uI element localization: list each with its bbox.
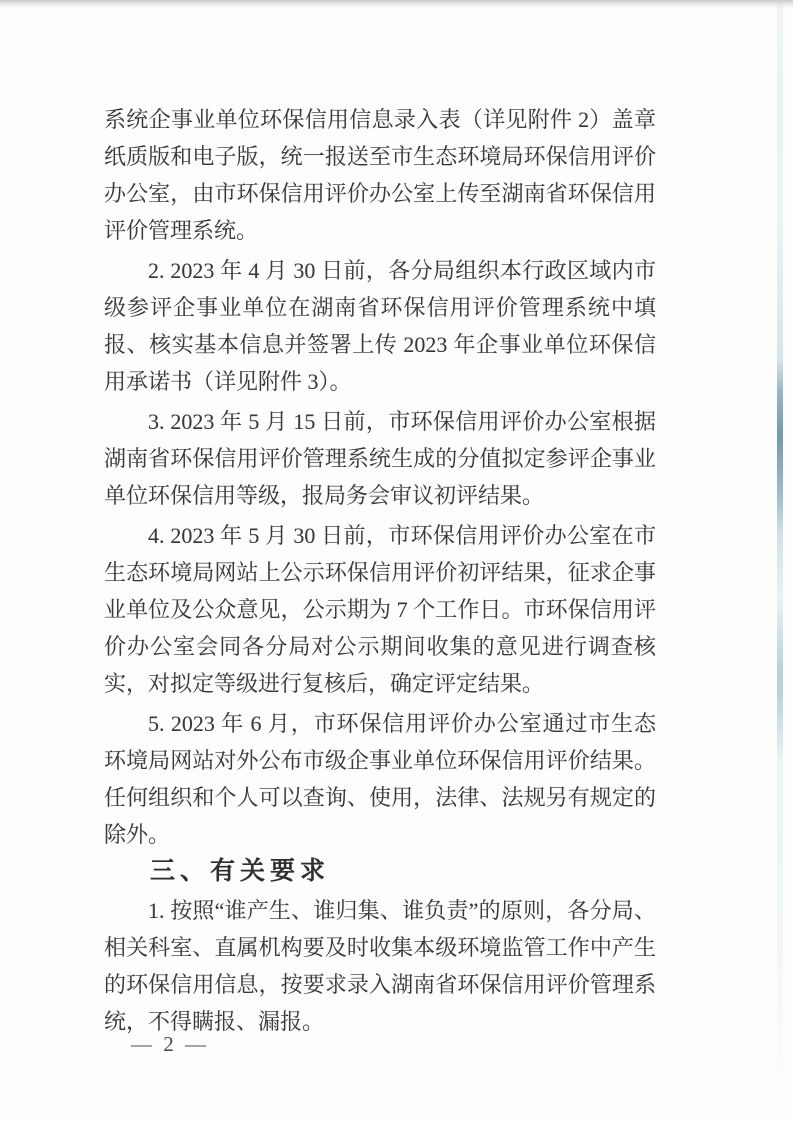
scan-edge-shadow-top	[0, 0, 793, 9]
body-paragraph-item-5: 5. 2023 年 6 月，市环保信用评价办公室通过市生态环境局网站对外公布市级…	[104, 705, 656, 853]
scanned-document-page: 系统企事业单位环保信用信息录入表（详见附件 2）盖章纸质版和电子版，统一报送至市…	[0, 0, 793, 1122]
body-paragraph-item-4: 4. 2023 年 5 月 30 日前，市环保信用评价办公室在市生态环境局网站上…	[104, 517, 656, 702]
document-body: 系统企事业单位环保信用信息录入表（详见附件 2）盖章纸质版和电子版，统一报送至市…	[104, 101, 656, 1040]
body-paragraph-continued: 系统企事业单位环保信用信息录入表（详见附件 2）盖章纸质版和电子版，统一报送至市…	[104, 101, 656, 249]
requirement-paragraph-1: 1. 按照“谁产生、谁归集、谁负责”的原则，各分局、相关科室、直属机构要及时收集…	[104, 892, 656, 1040]
page-number: — 2 —	[131, 1032, 209, 1056]
scan-edge-artifact-right	[777, 0, 783, 1088]
body-paragraph-item-3: 3. 2023 年 5 月 15 日前，市环保信用评价办公室根据湖南省环保信用评…	[104, 403, 656, 514]
body-paragraph-item-2: 2. 2023 年 4 月 30 日前，各分局组织本行政区域内市级参评企事业单位…	[104, 252, 656, 400]
section-heading-requirements: 三、有关要求	[104, 853, 656, 890]
